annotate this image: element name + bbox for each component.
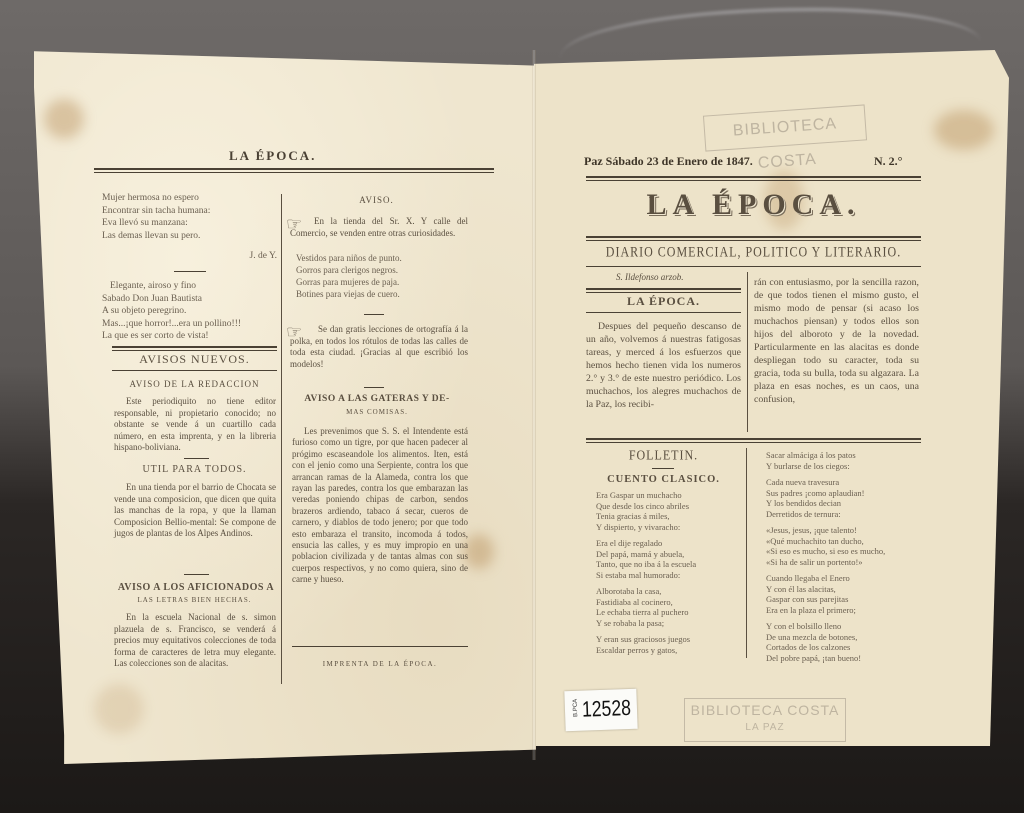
masthead-rule (586, 176, 921, 181)
poem-1: Mujer hermosa no espero Encontrar sin ta… (102, 192, 277, 263)
stanza: Era Gaspar un muchacho Que desde los cin… (596, 490, 744, 532)
separator (184, 458, 209, 459)
aviso-gateras-title: AVISO A LAS GATERAS Y DE- (286, 394, 468, 404)
center-fold (532, 50, 536, 760)
section-rule (112, 370, 277, 371)
imprenta-footer: IMPRENTA DE LA ÉPOCA. (292, 660, 468, 668)
header-rule (94, 168, 494, 173)
editorial-col2: rán con entusiasmo, por la sencilla razo… (754, 276, 919, 406)
editorial-title: LA ÉPOCA. (586, 294, 741, 309)
poem-signature: J. de Y. (102, 250, 277, 263)
stanza: Alborotaba la casa, Fastidiaba al cocine… (596, 586, 744, 628)
aviso-gateras-text: Les prevenimos que S. S. el Intendente e… (292, 426, 468, 586)
separator (652, 468, 674, 469)
stanza: Y eran sus graciosos juegos Escaldar per… (596, 634, 744, 655)
aviso-items: Vestidos para niños de punto. Gorros par… (296, 252, 466, 300)
stanza: Cada nueva travesura Sus padres ¡como ap… (766, 477, 926, 519)
section-rule (112, 346, 277, 351)
saint-of-day: S. Ildefonso arzob. (616, 272, 684, 282)
util-para-todos-title: UTIL PARA TODOS. (112, 464, 277, 476)
catalog-label: B.PCA 12528 (564, 689, 637, 731)
folletin-title: FOLLETIN. (586, 447, 741, 464)
section-rule (586, 288, 741, 293)
masthead-rule (586, 236, 921, 241)
stanza: Era el dije regalado Del papá, mamá y ab… (596, 538, 744, 580)
column-divider (747, 272, 748, 432)
util-para-todos-text: En una tienda por el barrio de Chocata s… (114, 482, 276, 540)
poem-2: Elegante, airoso y fino Sabado Don Juan … (102, 280, 282, 343)
right-page: BIBLIOTECA COSTA Paz Sábado 23 de Enero … (534, 50, 1009, 746)
aviso-gateras-subtitle: MAS COMISAS. (286, 408, 468, 416)
column-divider (281, 194, 282, 684)
stanza: Cuando llegaba el Enero Y con él las ala… (766, 573, 926, 615)
masthead-subtitle: DIARIO COMERCIAL, POLITICO Y LITERARIO. (586, 244, 921, 262)
separator (184, 574, 209, 575)
stanza: Y con el bolsillo lleno De una mezcla de… (766, 621, 926, 663)
catalog-prefix: B.PCA (573, 699, 580, 717)
masthead-title: LA ÉPOCA. (586, 188, 921, 222)
column-divider (746, 448, 747, 658)
separator (174, 271, 206, 272)
avisos-nuevos-title: AVISOS NUEVOS. (112, 352, 277, 367)
dateline: Paz Sábado 23 de Enero de 1847. (584, 154, 753, 169)
footer-rule (292, 646, 468, 647)
cuento-col2: Sacar almáciga á los patos Y burlarse de… (766, 450, 926, 663)
catalog-number: 12528 (582, 695, 632, 723)
cuento-col1: Era Gaspar un muchacho Que desde los cin… (596, 490, 744, 655)
masthead-rule (586, 266, 921, 267)
left-page: LA ÉPOCA. Mujer hermosa no espero Encont… (34, 44, 536, 764)
separator (364, 387, 384, 388)
newspaper-sheet: LA ÉPOCA. Mujer hermosa no espero Encont… (34, 44, 1010, 764)
aviso-aficionados-text: En la escuela Nacional de s. simon plazu… (114, 612, 276, 670)
issue-number: N. 2.° (874, 154, 902, 169)
library-stamp-bottom: BIBLIOTECA COSTA LA PAZ (684, 698, 846, 742)
section-rule (586, 438, 921, 443)
left-header-title: LA ÉPOCA. (229, 148, 316, 164)
aviso-redaccion-text: Este periodiquito no tiene editor respon… (114, 396, 276, 454)
section-rule (586, 312, 741, 313)
aviso-aficionados-title: AVISO A LOS AFICIONADOS A (110, 582, 282, 593)
stanza: Sacar almáciga á los patos Y burlarse de… (766, 450, 926, 471)
library-stamp-top: BIBLIOTECA COSTA (703, 104, 867, 151)
cuento-title: CUENTO CLASICO. (586, 474, 741, 485)
stanza: «Jesus, jesus, ¡que talento! «Qué muchac… (766, 525, 926, 567)
editorial-col1: Despues del pequeño descanso de un año, … (586, 320, 741, 411)
aviso-redaccion-title: AVISO DE LA REDACCION (112, 378, 277, 390)
aviso-aficionados-subtitle: LAS LETRAS BIEN HECHAS. (112, 596, 277, 604)
aviso-title: AVISO. (289, 194, 464, 206)
aviso-intro: En la tienda del Sr. X. Y calle del Come… (290, 216, 468, 239)
separator (364, 314, 384, 315)
lecciones-text: Se dan gratis lecciones de ortografía á … (290, 324, 468, 370)
